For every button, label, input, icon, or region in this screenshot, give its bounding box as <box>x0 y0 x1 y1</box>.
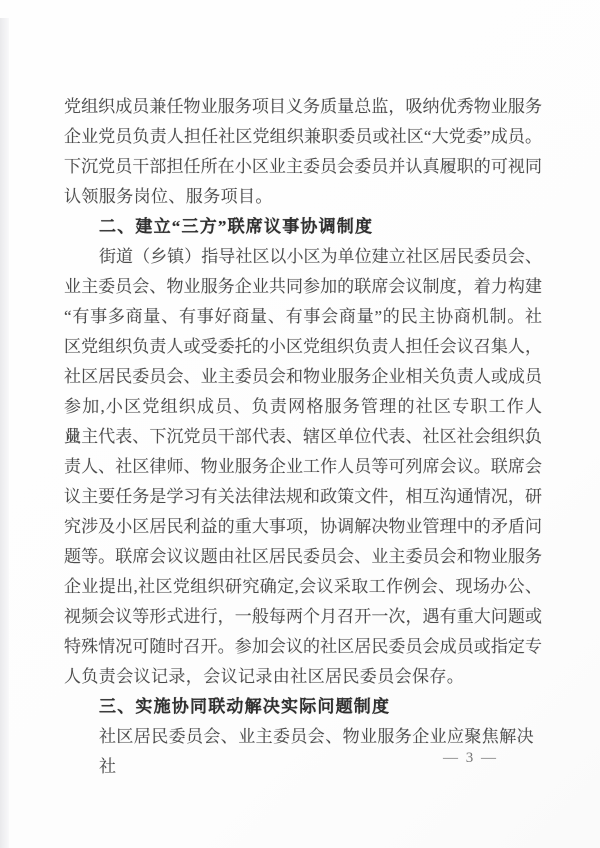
text-line: 社区居民委员会、业主委员会和物业服务企业相关负责人或成员 <box>64 362 542 392</box>
text-line: 题等。联席会议议题由社区居民委员会、业主委员会和物业服务 <box>64 542 542 572</box>
scanned-page: 党组织成员兼任物业服务项目义务质量总监，吸纳优秀物业服务企业党员负责人担任社区党… <box>0 0 600 848</box>
text-line: 业主委员会、物业服务企业共同参加的联席会议制度，着力构建 <box>64 272 542 302</box>
text-line: 议主要任务是学习有关法律法规和政策文件，相互沟通情况，研 <box>64 482 542 512</box>
text-line: 下沉党员干部担任所在小区业主委员会委员并认真履职的可视同 <box>64 152 542 182</box>
text-line: 区党组织负责人或受委托的小区党组织负责人担任会议召集人， <box>64 332 542 362</box>
text-line: 街道（乡镇）指导社区以小区为单位建立社区居民委员会、 <box>64 242 542 272</box>
text-line: 企业提出,社区党组织研究确定,会议采取工作例会、现场办公、 <box>64 572 542 602</box>
text-line: 参加,小区党组织成员、负责网格服务管理的社区专职工作人员、 <box>64 392 542 422</box>
text-line: 视频会议等形式进行，一般每两个月召开一次，遇有重大问题或 <box>64 602 542 632</box>
text-line: 特殊情况可随时召开。参加会议的社区居民委员会成员或指定专 <box>64 632 542 662</box>
text-line: “有事多商量、有事好商量、有事会商量”的民主协商机制。社 <box>64 302 542 332</box>
page-number: — 3 — <box>443 748 553 768</box>
text-line: 人负责会议记录，会议记录由社区居民委员会保存。 <box>64 662 542 692</box>
text-line: 责人、社区律师、物业服务企业工作人员等可列席会议。联席会 <box>64 452 542 482</box>
text-line: 党组织成员兼任物业服务项目义务质量总监，吸纳优秀物业服务 <box>64 92 542 122</box>
text-line: 究涉及小区居民利益的重大事项，协调解决物业管理中的矛盾问 <box>64 512 542 542</box>
text-line: 企业党员负责人担任社区党组织兼职委员或社区“大党委”成员。 <box>64 122 542 152</box>
document-text: 党组织成员兼任物业服务项目义务质量总监，吸纳优秀物业服务企业党员负责人担任社区党… <box>64 92 542 752</box>
section-heading: 三、实施协同联动解决实际问题制度 <box>64 692 542 722</box>
page-edge-shadow <box>0 18 9 848</box>
text-line: 认领服务岗位、服务项目。 <box>64 182 542 212</box>
text-line: 业主代表、下沉党员干部代表、辖区单位代表、社区社会组织负 <box>64 422 542 452</box>
section-heading: 二、建立“三方”联席议事协调制度 <box>64 212 542 242</box>
